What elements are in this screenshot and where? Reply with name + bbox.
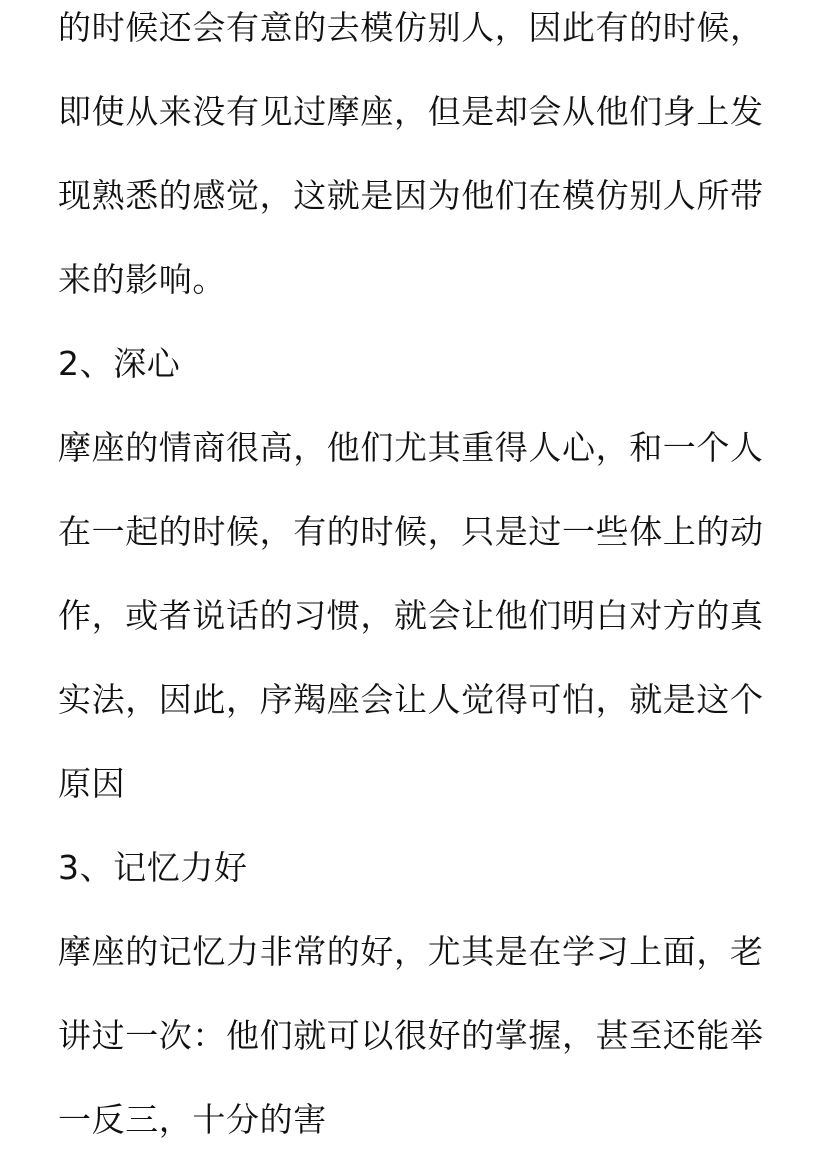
paragraph-line: 摩座的记忆力非常的好，尤其是在学习上面，老 [58,932,764,972]
section-heading: 2、深心 [58,344,180,384]
paragraph-line: 讲过一次：他们就可以很好的掌握，甚至还能举 [58,1016,764,1056]
paragraph-line: 原因 [58,764,125,804]
paragraph-line: 现熟悉的感觉，这就是因为他们在模仿别人所带 [58,176,764,216]
paragraph-line: 实法，因此，序羯座会让人觉得可怕，就是这个 [58,680,764,720]
paragraph-line: 摩座的情商很高，他们尤其重得人心，和一个人 [58,428,764,468]
paragraph-line: 一反三，十分的害 [58,1100,327,1140]
paragraph-line: 的时候还会有意的去模仿别人，因此有的时候， [58,8,764,48]
paragraph-line: 在一起的时候，有的时候，只是过一些体上的动 [58,512,764,552]
paragraph-line: 作，或者说话的习惯，就会让他们明白对方的真 [58,596,764,636]
paragraph-line: 来的影响。 [58,260,226,300]
paragraph-line: 即使从来没有见过摩座，但是却会从他们身上发 [58,92,764,132]
section-heading: 3、记忆力好 [58,848,248,888]
